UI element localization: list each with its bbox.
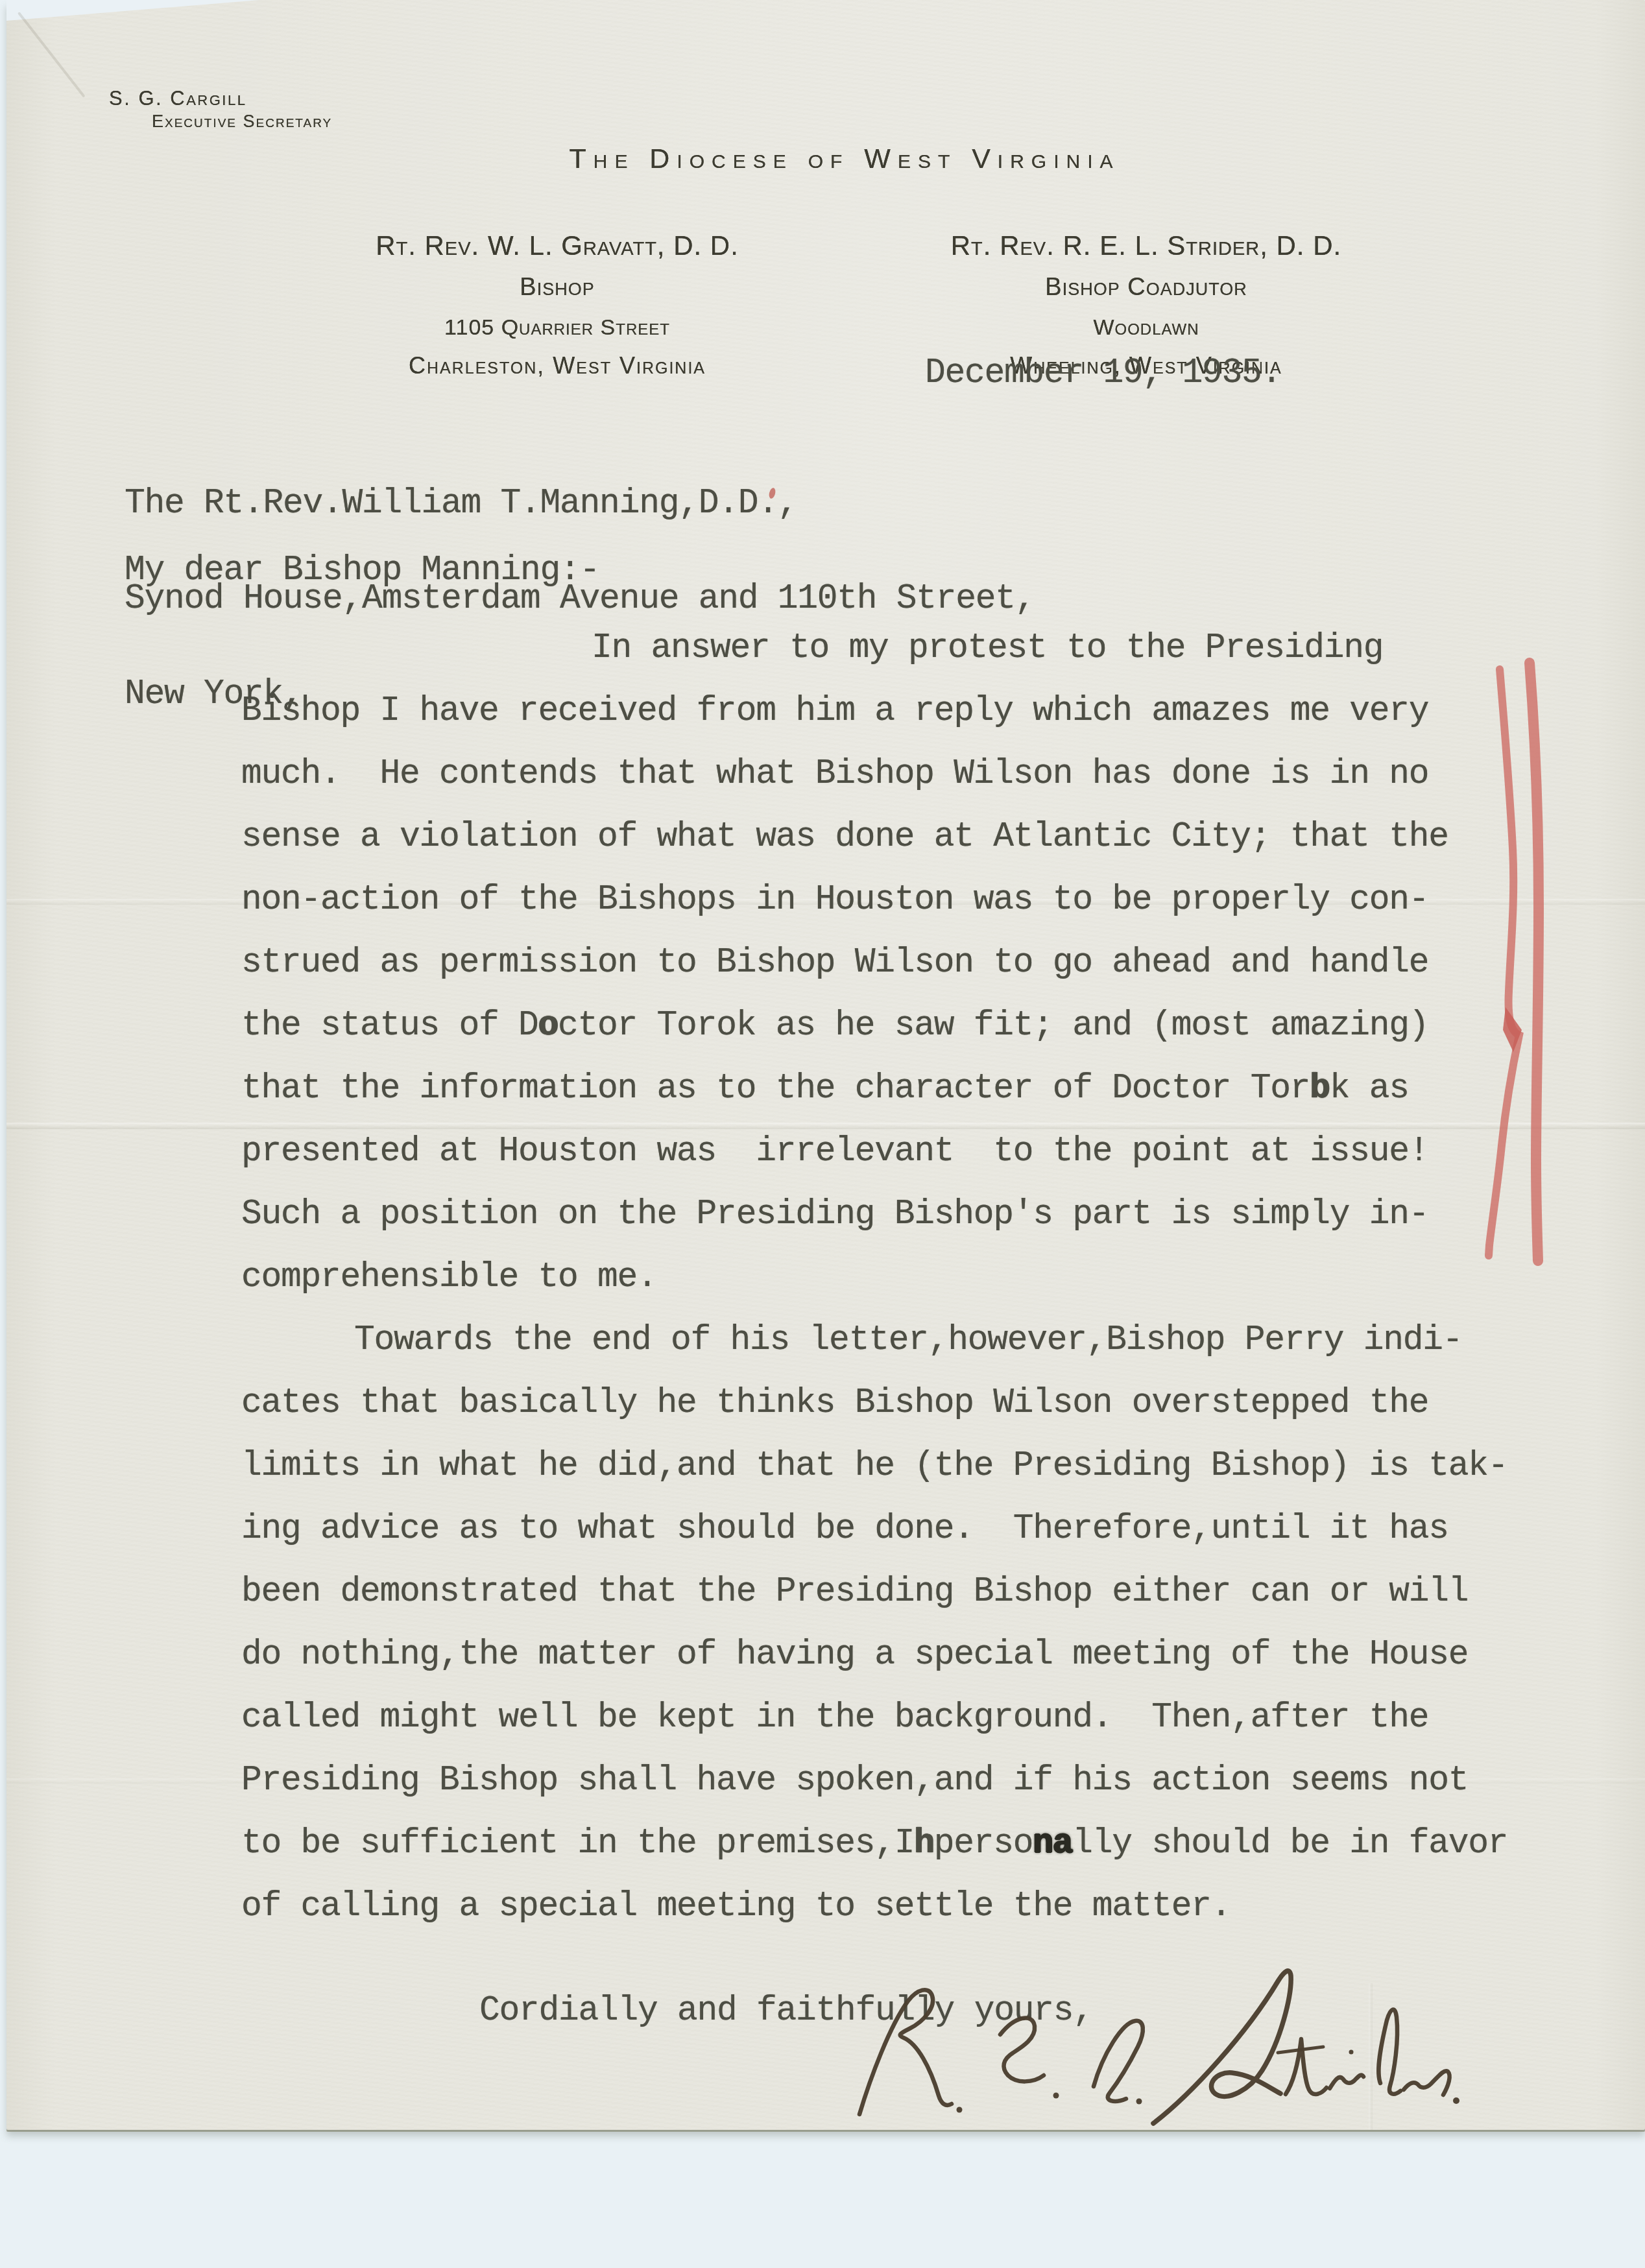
secretary-name: S. G. Cargill bbox=[109, 88, 246, 108]
typed-line: Towards the end of his letter,however,Bi… bbox=[241, 1309, 1507, 1372]
signature bbox=[830, 1955, 1466, 2131]
signature-ink-stroke bbox=[1136, 2099, 1142, 2105]
typed-line: called might well be kept in the backgro… bbox=[241, 1686, 1507, 1749]
typed-line: Such a position on the Presiding Bishop'… bbox=[241, 1183, 1507, 1246]
typed-line: cates that basically he thinks Bishop Wi… bbox=[241, 1372, 1507, 1435]
typed-text: Towards the end of his letter,however,Bi… bbox=[354, 1320, 1462, 1359]
typed-text: presented at Houston was irrelevant to t… bbox=[241, 1132, 1428, 1171]
typed-line: to be sufficient in the premises,Ihperso… bbox=[241, 1812, 1507, 1875]
salutation: My dear Bishop Manning:- bbox=[125, 539, 599, 602]
typed-text: much. He contends that what Bishop Wilso… bbox=[241, 754, 1428, 793]
overtyped-text: b bbox=[1310, 1069, 1330, 1108]
overtyped-text: na bbox=[1033, 1824, 1072, 1863]
red-pencil-margin-marks bbox=[1471, 654, 1568, 1276]
typed-text: do nothing,the matter of having a specia… bbox=[241, 1635, 1468, 1674]
signature-ink-stroke bbox=[957, 2107, 963, 2113]
signature-ink-stroke bbox=[1094, 2021, 1143, 2101]
letter-date: December 19, 1935. bbox=[925, 342, 1281, 405]
typed-text: that the information as to the character… bbox=[241, 1069, 1310, 1108]
typed-text: Bishop I have received from him a reply … bbox=[241, 691, 1428, 730]
typed-text: strued as permission to Bishop Wilson to… bbox=[241, 943, 1428, 982]
page-corner-crease bbox=[18, 12, 86, 97]
secretary-title: Executive Secretary bbox=[152, 113, 332, 130]
typed-text: ctor Torok as he saw fit; and (most amaz… bbox=[558, 1006, 1428, 1045]
typed-line: Presiding Bishop shall have spoken,and i… bbox=[241, 1749, 1507, 1812]
typed-text: of calling a special meeting to settle t… bbox=[241, 1887, 1231, 1926]
typed-text: ing advice as to what should be done. Th… bbox=[241, 1509, 1448, 1548]
signature-ink-stroke bbox=[1000, 2018, 1044, 2081]
typed-line: that the information as to the character… bbox=[241, 1057, 1507, 1120]
bishop-right-role: Bishop Coadjutor bbox=[1045, 275, 1247, 300]
red-pencil-line bbox=[1530, 663, 1539, 1261]
typed-line: In answer to my protest to the Presiding bbox=[241, 617, 1507, 680]
bishop-left-city: Charleston, West Virginia bbox=[409, 354, 706, 377]
body-lines: In answer to my protest to the Presiding… bbox=[241, 617, 1507, 1938]
typed-line: been demonstrated that the Presiding Bis… bbox=[241, 1560, 1507, 1623]
typed-line: Bishop I have received from him a reply … bbox=[241, 680, 1507, 743]
bishop-left-role: Bishop bbox=[520, 275, 594, 300]
typed-text: Such a position on the Presiding Bishop'… bbox=[241, 1195, 1428, 1234]
signature-ink-stroke bbox=[1153, 1971, 1291, 2123]
typed-text: Presiding Bishop shall have spoken,and i… bbox=[241, 1761, 1468, 1800]
typed-line: do nothing,the matter of having a specia… bbox=[241, 1623, 1507, 1686]
page-corner-fold bbox=[6, 0, 259, 21]
typed-line: sense a violation of what was done at At… bbox=[241, 806, 1507, 868]
red-pencil-line bbox=[1489, 669, 1519, 1256]
typed-line: the status of Doctor Torok as he saw fit… bbox=[241, 994, 1507, 1057]
signature-ink-stroke bbox=[1404, 2071, 1450, 2095]
signature-ink-stroke bbox=[1378, 2010, 1400, 2094]
typed-text: the status of D bbox=[241, 1006, 538, 1045]
signature-ink-stroke bbox=[1349, 2050, 1354, 2055]
typed-line: limits in what he did,and that he (the P… bbox=[241, 1435, 1507, 1498]
signature-ink-stroke bbox=[1453, 2097, 1459, 2104]
typed-text: sense a violation of what was done at At… bbox=[241, 817, 1448, 856]
recipient-line: The Rt.Rev.William T.Manning,D.D., bbox=[125, 488, 1035, 519]
typed-text: to be sufficient in the premises,I bbox=[241, 1824, 914, 1863]
typed-text: cates that basically he thinks Bishop Wi… bbox=[241, 1383, 1428, 1422]
typed-text: lly should be in favor bbox=[1072, 1824, 1507, 1863]
signature-ink-stroke bbox=[1053, 2093, 1059, 2099]
typed-line: of calling a special meeting to settle t… bbox=[241, 1875, 1507, 1938]
typed-line: presented at Houston was irrelevant to t… bbox=[241, 1120, 1507, 1183]
typed-line: strued as permission to Bishop Wilson to… bbox=[241, 931, 1507, 994]
typed-line: ing advice as to what should be done. Th… bbox=[241, 1498, 1507, 1560]
typed-text: In answer to my protest to the Presiding bbox=[592, 628, 1383, 667]
bishop-left-name: Rt. Rev. W. L. Gravatt, D. D. bbox=[376, 232, 739, 259]
typed-text: k as bbox=[1330, 1069, 1409, 1108]
typed-line: much. He contends that what Bishop Wilso… bbox=[241, 743, 1507, 806]
overtyped-text: o bbox=[538, 1006, 558, 1045]
typed-text: non-action of the Bishops in Houston was… bbox=[241, 880, 1428, 919]
typed-line: comprehensible to me. bbox=[241, 1246, 1507, 1309]
typed-text: comprehensible to me. bbox=[241, 1258, 657, 1296]
typed-text: been demonstrated that the Presiding Bis… bbox=[241, 1572, 1468, 1611]
typed-line: non-action of the Bishops in Houston was… bbox=[241, 868, 1507, 931]
diocese-title: The Diocese of West Virginia bbox=[569, 145, 1120, 173]
typed-text: perso bbox=[934, 1824, 1033, 1863]
bishop-left-street: 1105 Quarrier Street bbox=[444, 316, 670, 339]
signature-ink-stroke bbox=[1330, 2075, 1363, 2088]
letter-page: S. G. Cargill Executive Secretary The Di… bbox=[6, 0, 1645, 2130]
overtyped-text: h bbox=[914, 1824, 934, 1863]
bishop-right-residence: Woodlawn bbox=[1093, 316, 1199, 339]
signature-ink-stroke bbox=[859, 1990, 952, 2114]
typed-text: limits in what he did,and that he (the P… bbox=[241, 1446, 1507, 1485]
bishop-right-name: Rt. Rev. R. E. L. Strider, D. D. bbox=[951, 232, 1341, 259]
typed-text: called might well be kept in the backgro… bbox=[241, 1698, 1428, 1737]
